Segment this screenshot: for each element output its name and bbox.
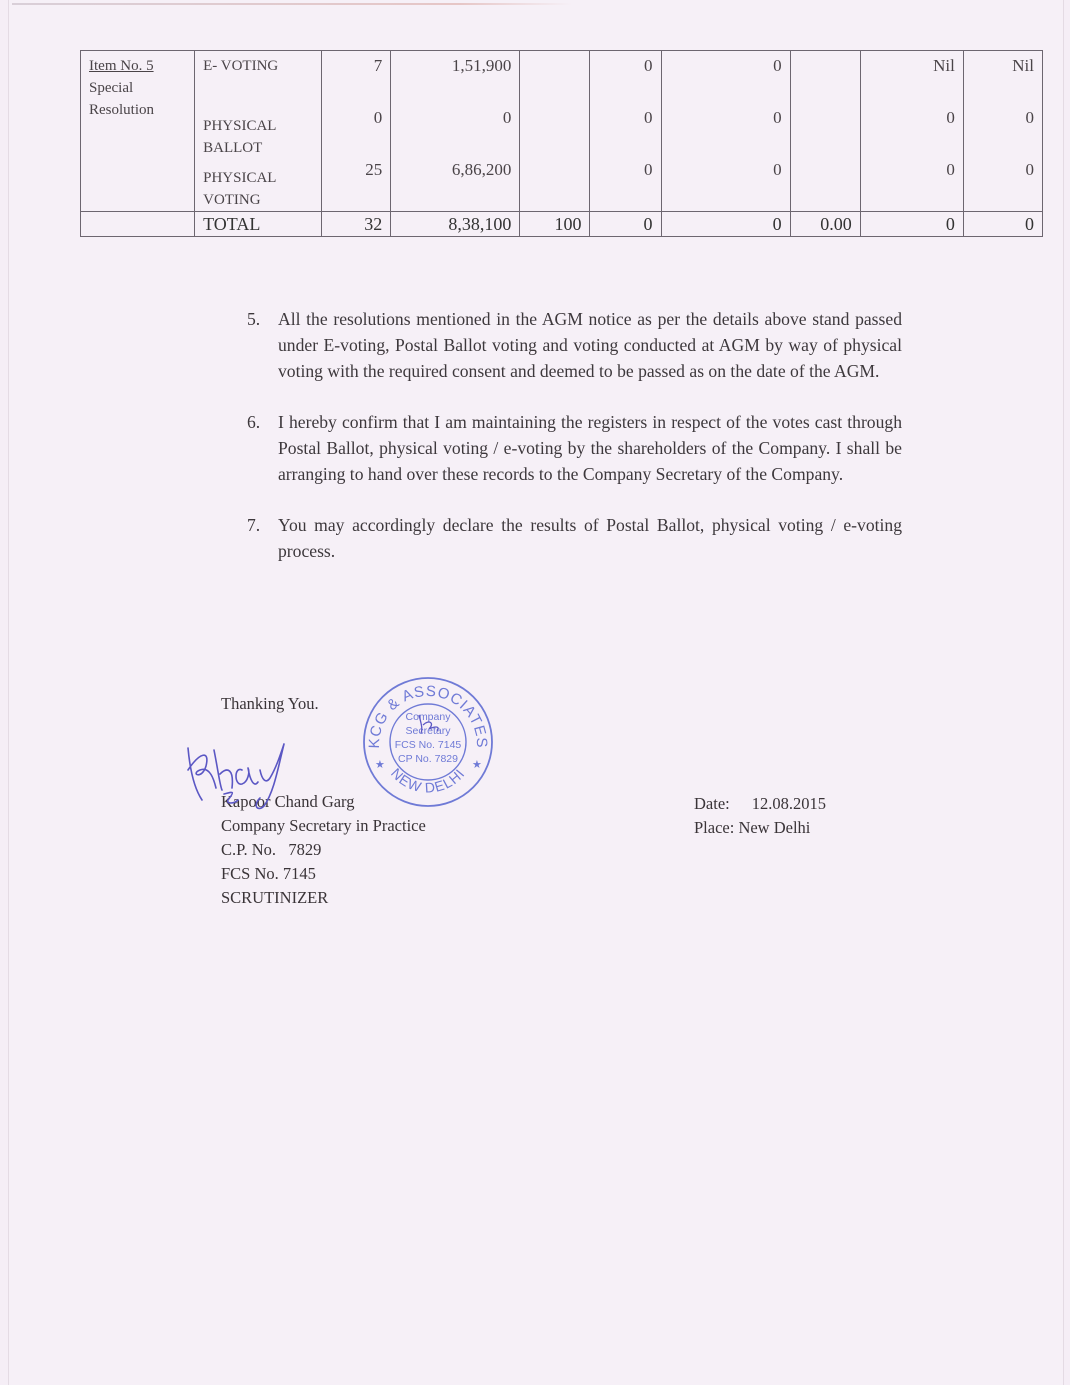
paragraph-text: I hereby confirm that I am maintaining t… [278, 409, 902, 487]
date-place-block: Date:12.08.2015 Place: New Delhi [694, 792, 826, 840]
cell-value [528, 107, 581, 159]
paragraph-number: 7. [247, 512, 278, 564]
svg-text:★: ★ [375, 758, 385, 771]
cell-value: 0 [869, 159, 955, 211]
voting-results-table: Item No. 5 Special Resolution E- VOTING … [80, 50, 1043, 237]
total-shares: 8,38,100 [391, 212, 520, 237]
date-label: Date: [694, 794, 730, 813]
cell-value: 25 [330, 159, 382, 211]
against-percent-cell [790, 51, 860, 212]
fcs-number: FCS No. 7145 [221, 862, 426, 886]
cell-value: 0 [670, 107, 782, 159]
item-cell-continued [81, 212, 195, 237]
mode-cell: E- VOTING PHYSICAL BALLOT PHYSICAL VOTIN… [195, 51, 322, 212]
item-label: Item No. 5 [89, 55, 186, 77]
item-cell: Item No. 5 Special Resolution [81, 51, 195, 212]
paragraph-5: 5. All the resolutions mentioned in the … [247, 306, 902, 384]
svg-text:NEW DELHI: NEW DELHI [388, 765, 468, 796]
cell-value [799, 159, 852, 211]
company-seal-stamp-icon: KCG & ASSOCIATES NEW DELHI ★ ★ Company S… [361, 675, 495, 809]
cell-value: 0 [330, 107, 382, 159]
date-value: 12.08.2015 [752, 794, 826, 813]
total-against-holders: 0 [590, 212, 661, 237]
handwritten-signature-icon [180, 730, 300, 810]
invalid-holders-cell: Nil 0 0 [860, 51, 963, 212]
cell-value [799, 55, 852, 107]
shares-cell: 1,51,900 0 6,86,200 [391, 51, 520, 212]
cell-value: Nil [972, 55, 1034, 107]
paragraph-text: All the resolutions mentioned in the AGM… [278, 306, 902, 384]
cp-number: C.P. No. 7829 [221, 838, 426, 862]
cell-value: 0 [972, 107, 1034, 159]
total-invalid-shares: 0 [963, 212, 1042, 237]
cell-value: 7 [330, 55, 382, 107]
numbered-paragraphs: 5. All the resolutions mentioned in the … [247, 306, 902, 589]
stamp-outer-bottom: NEW DELHI [388, 765, 468, 796]
stamp-inner-line: Secretary [406, 725, 452, 737]
resolution-type: Special [89, 77, 186, 99]
stamp-inner-line: Company [406, 711, 452, 723]
total-percent: 100 [520, 212, 590, 237]
place: Place: New Delhi [694, 816, 826, 840]
mode-evoting: E- VOTING [203, 55, 313, 107]
signatory-designation: Company Secretary in Practice [221, 814, 426, 838]
paragraph-number: 5. [247, 306, 278, 384]
percent-cell [520, 51, 590, 212]
table-row: Item No. 5 Special Resolution E- VOTING … [81, 51, 1043, 212]
total-against-shares: 0 [661, 212, 790, 237]
cell-value: 0 [598, 107, 652, 159]
paragraph-7: 7. You may accordingly declare the resul… [247, 512, 902, 564]
shareholders-cell: 7 0 25 [322, 51, 391, 212]
cell-value: 6,86,200 [399, 159, 511, 211]
stamp-inner-line: CP No. 7829 [398, 753, 458, 765]
total-label: TOTAL [195, 212, 322, 237]
cell-value: 0 [598, 159, 652, 211]
scan-edge-line [12, 3, 572, 5]
cell-value [799, 107, 852, 159]
cell-value: 1,51,900 [399, 55, 511, 107]
cell-value: 0 [670, 159, 782, 211]
paragraph-text: You may accordingly declare the results … [278, 512, 902, 564]
cell-value: 0 [399, 107, 511, 159]
mode-physical-voting: PHYSICAL VOTING [203, 159, 313, 211]
total-invalid-holders: 0 [860, 212, 963, 237]
cell-value: 0 [598, 55, 652, 107]
total-against-percent: 0.00 [790, 212, 860, 237]
total-row: TOTAL 32 8,38,100 100 0 0 0.00 0 0 [81, 212, 1043, 237]
cell-value: 0 [972, 159, 1034, 211]
invalid-shares-cell: Nil 0 0 [963, 51, 1042, 212]
cell-value: 0 [869, 107, 955, 159]
against-shares-cell: 0 0 0 [661, 51, 790, 212]
resolution-type-2: Resolution [89, 99, 186, 121]
cell-value: Nil [869, 55, 955, 107]
paragraph-6: 6. I hereby confirm that I am maintainin… [247, 409, 902, 487]
cell-value: 0 [670, 55, 782, 107]
signatory-role: SCRUTINIZER [221, 886, 426, 910]
svg-text:★: ★ [472, 758, 482, 771]
cell-value [528, 55, 581, 107]
total-shareholders: 32 [322, 212, 391, 237]
against-holders-cell: 0 0 0 [590, 51, 661, 212]
stamp-inner-line: FCS No. 7145 [395, 739, 462, 751]
cell-value [528, 159, 581, 211]
mode-physical-ballot: PHYSICAL BALLOT [203, 107, 313, 159]
paragraph-number: 6. [247, 409, 278, 487]
